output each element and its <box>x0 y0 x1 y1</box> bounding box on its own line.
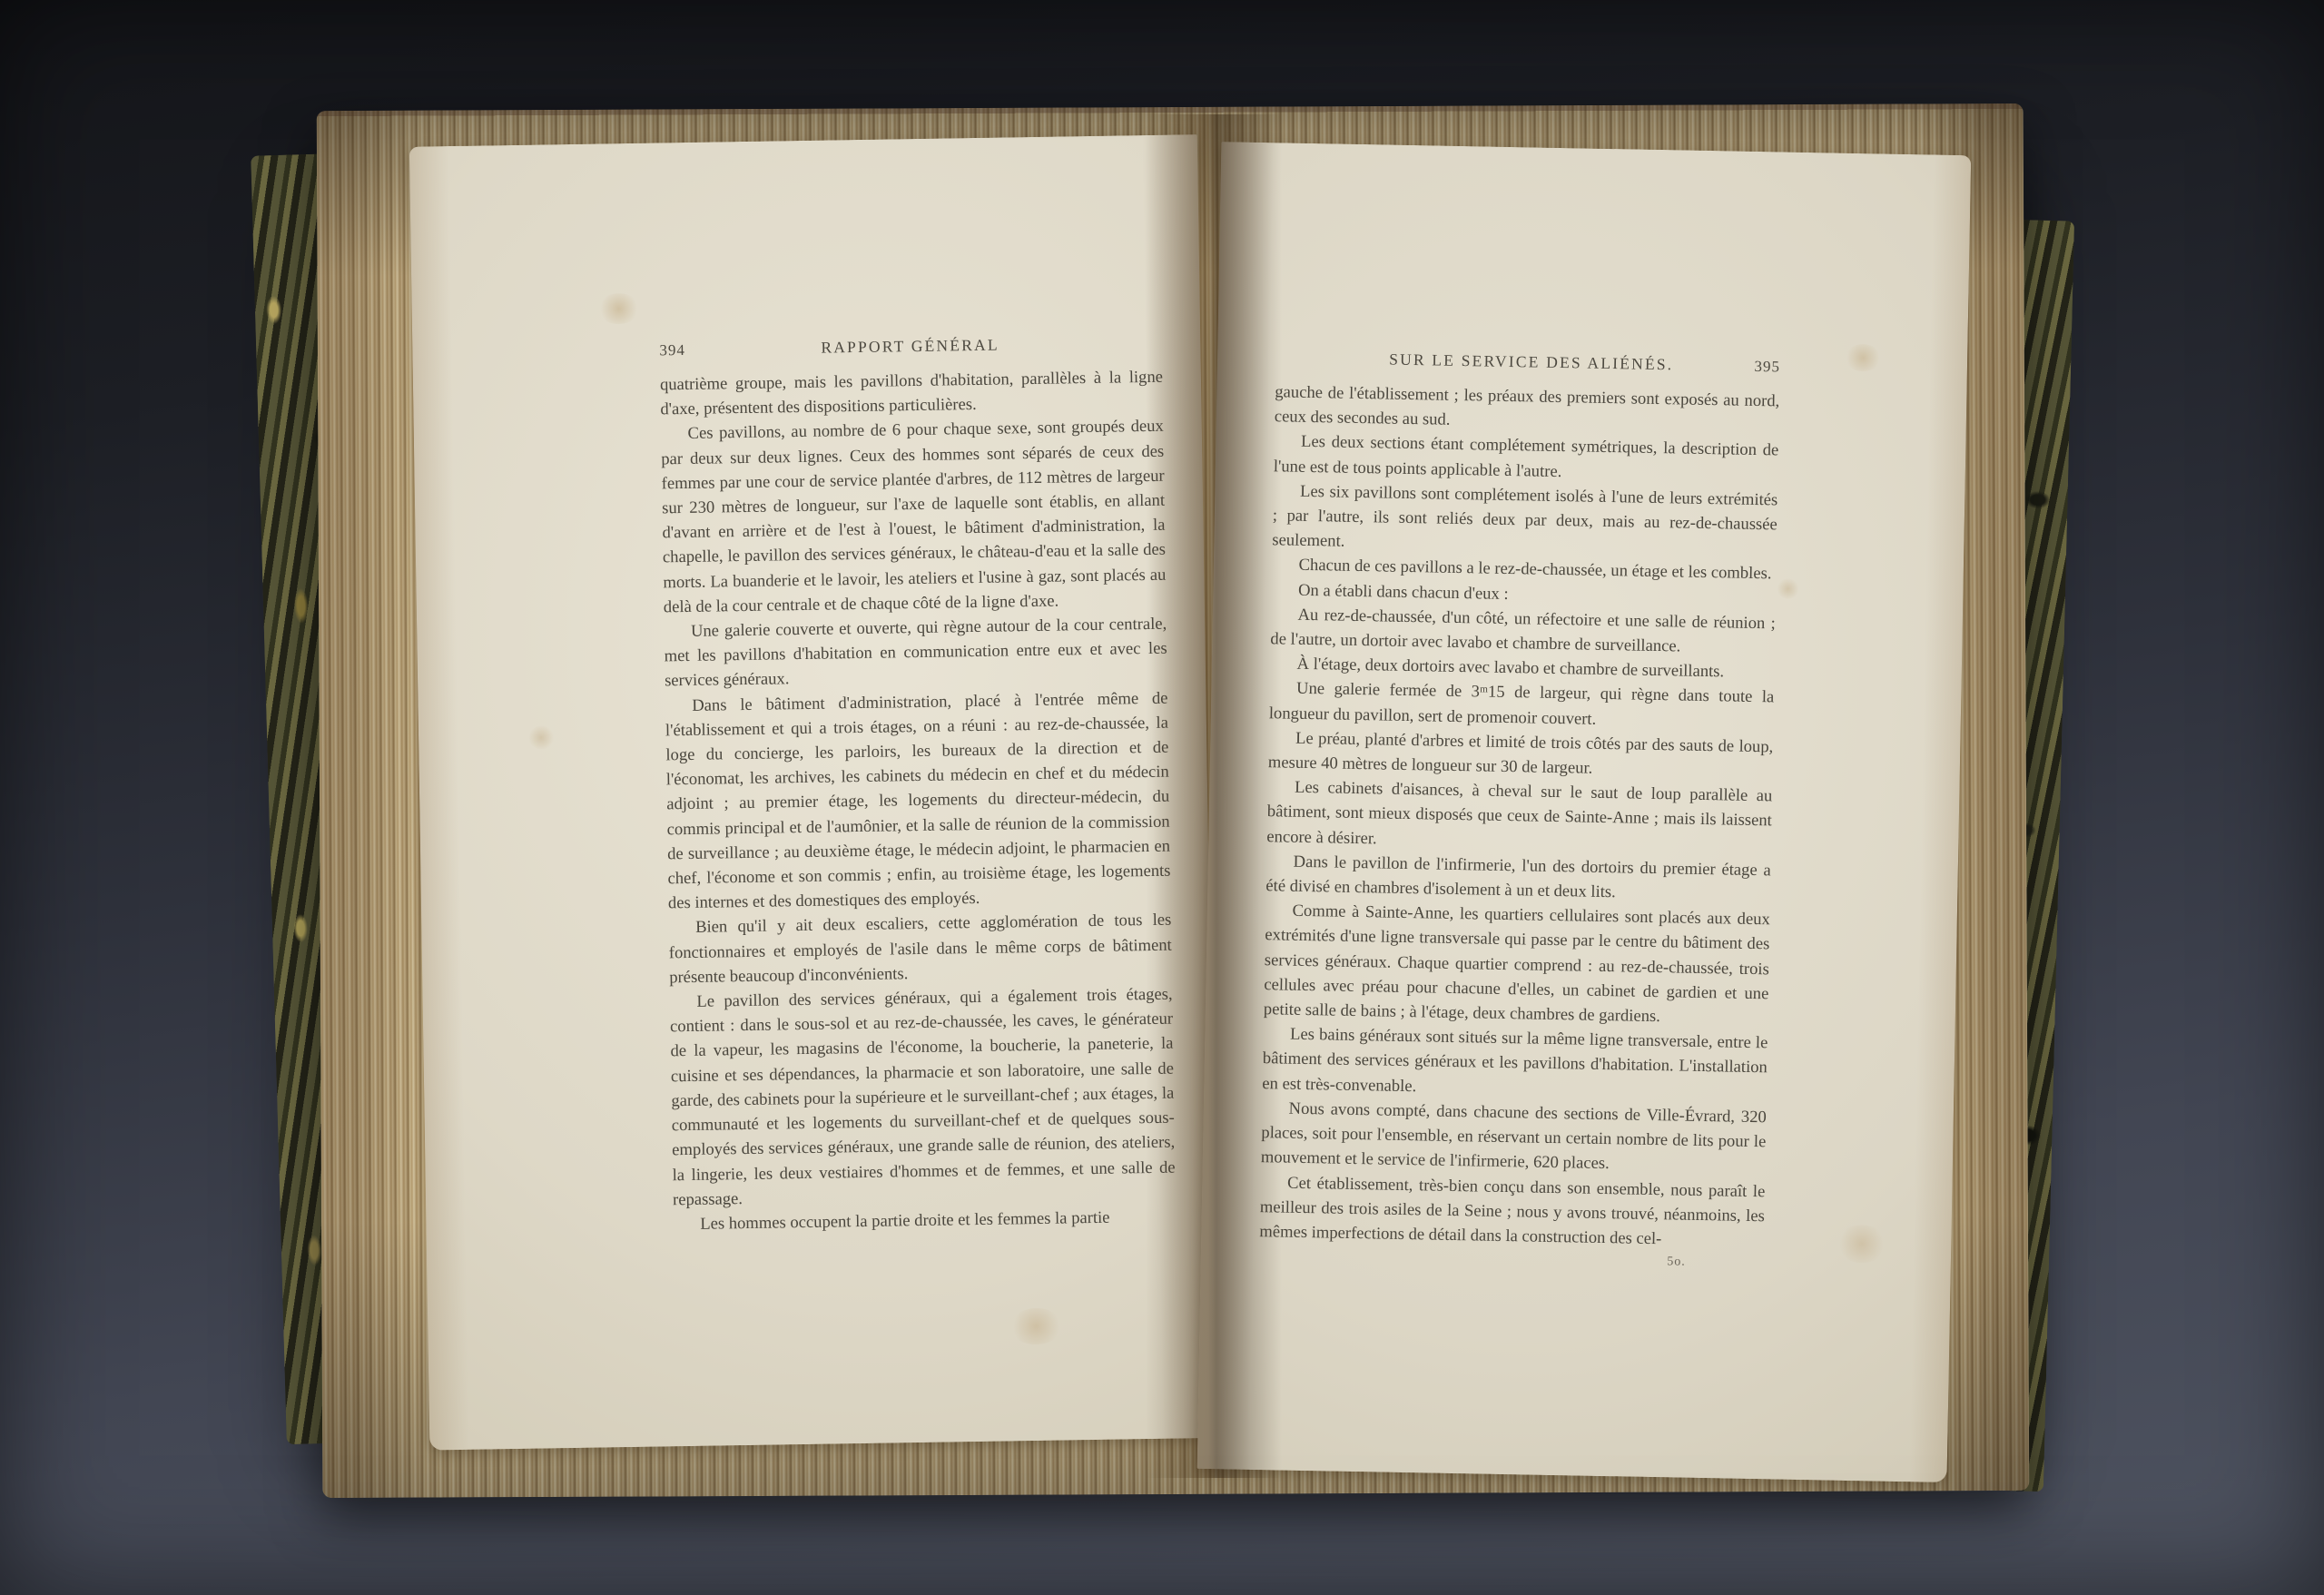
paragraph: Le préau, planté d'arbres et limité de t… <box>1268 725 1774 784</box>
photo-background: 394 RAPPORT GÉNÉRAL quatrième groupe, ma… <box>0 0 2324 1595</box>
right-page: SUR LE SERVICE DES ALIÉNÉS. 395 gauche d… <box>1197 142 1972 1482</box>
paragraph: Au rez-de-chaussée, d'un côté, un réfect… <box>1270 602 1776 661</box>
foxing-stain <box>597 293 640 325</box>
paragraph: Les bains généraux sont situés sur la mê… <box>1262 1021 1768 1105</box>
paragraph: Les six pavillons sont complétement isol… <box>1272 478 1777 562</box>
foxing-stain <box>1009 1308 1064 1345</box>
foxing-stain <box>1837 1225 1887 1264</box>
paragraph: Dans le pavillon de l'infirmerie, l'un d… <box>1265 849 1771 908</box>
paragraph: gauche de l'établissement ; les préaux d… <box>1275 379 1780 438</box>
paragraph: Dans le bâtiment d'administration, placé… <box>665 685 1171 915</box>
right-page-header: SUR LE SERVICE DES ALIÉNÉS. 395 <box>1275 348 1780 376</box>
paragraph: Ces pavillons, au nombre de 6 pour chaqu… <box>661 414 1167 619</box>
foxing-stain <box>1776 578 1799 598</box>
left-page: 394 RAPPORT GÉNÉRAL quatrième groupe, ma… <box>409 134 1217 1450</box>
left-running-title: RAPPORT GÉNÉRAL <box>685 333 1163 359</box>
paragraph: Cet établissement, très-bien conçu dans … <box>1259 1170 1765 1254</box>
right-running-title: SUR LE SERVICE DES ALIÉNÉS. <box>1275 348 1755 376</box>
paragraph: Une galerie fermée de 3ᵐ15 de largeur, q… <box>1269 676 1775 735</box>
left-page-header: 394 RAPPORT GÉNÉRAL <box>659 333 1162 360</box>
paragraph: Une galerie couverte et ouverte, qui règ… <box>664 612 1167 694</box>
left-page-number: 394 <box>659 341 685 359</box>
paragraph: Les deux sections étant complétement sym… <box>1274 429 1779 488</box>
right-text-column: gauche de l'établissement ; les préaux d… <box>1259 379 1779 1253</box>
paragraph: Bien qu'il y ait deux escaliers, cette a… <box>668 908 1172 989</box>
paragraph: quatrième groupe, mais les pavillons d'h… <box>660 365 1164 422</box>
paragraph: Comme à Sainte-Anne, les quartiers cellu… <box>1264 898 1770 1030</box>
paragraph: Le pavillon des services généraux, qui a… <box>669 982 1176 1212</box>
left-text-column: quatrième groupe, mais les pavillons d'h… <box>660 365 1177 1237</box>
paragraph: Les cabinets d'aisances, à cheval sur le… <box>1266 774 1772 858</box>
right-page-number: 395 <box>1754 358 1780 377</box>
foxing-stain <box>1844 344 1883 372</box>
paragraph: Nous avons compté, dans chacune des sect… <box>1261 1096 1767 1179</box>
foxing-stain <box>527 725 555 749</box>
